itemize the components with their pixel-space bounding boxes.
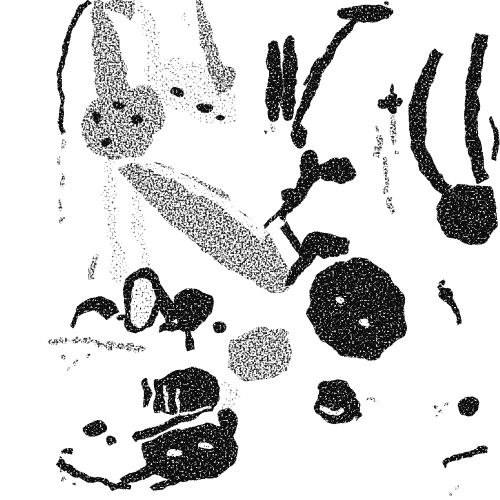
ridge-dash (58, 157, 62, 167)
stag-head-core (336, 164, 354, 180)
small-cluster (84, 422, 107, 438)
ink-speck (439, 410, 444, 414)
abstract-ink-print (0, 0, 500, 500)
ink-fleck (218, 66, 234, 86)
ink-speck (58, 470, 62, 474)
faint-dot (386, 318, 394, 323)
stem-curve (56, 458, 132, 490)
sprig-head (378, 91, 403, 116)
blob-knob (344, 257, 370, 275)
canopy-fleck (113, 100, 123, 108)
bead (81, 340, 93, 347)
stag-shape (280, 149, 357, 222)
canopy-fleck (215, 115, 225, 121)
ear-bottom (437, 183, 498, 244)
hook-mark (436, 283, 460, 324)
ink-dot (72, 360, 77, 364)
ridge-dash (58, 199, 62, 211)
ink-speck (445, 402, 449, 406)
ink-speck (72, 484, 77, 488)
top-wedge (335, 5, 393, 22)
bead (103, 341, 115, 347)
canopy-fleck (169, 87, 183, 97)
canopy-fleck (103, 138, 113, 146)
ear-right-arm (465, 30, 490, 182)
ink-dot (59, 354, 65, 359)
ink-speck (385, 1, 391, 5)
stem-prong (60, 449, 73, 456)
ink-dot (84, 356, 88, 360)
vertical-bar (267, 41, 282, 122)
ink-speck (436, 416, 440, 419)
bead (137, 347, 147, 353)
leaf-notch (198, 441, 212, 449)
sprig-stem (389, 114, 396, 146)
bead (93, 342, 103, 348)
detached-mark (213, 321, 227, 333)
ink-fleck (183, 11, 189, 21)
ridge-dash (60, 174, 65, 190)
bead (125, 345, 137, 352)
edge-sliver (491, 116, 498, 161)
ink-fleck (270, 124, 274, 130)
small-cluster-dot (105, 437, 117, 445)
leaf-finger (154, 378, 163, 412)
stag-tail (264, 209, 283, 229)
arrow-cluster (76, 297, 118, 318)
ridge-dash (62, 218, 65, 226)
hook-knot (438, 289, 454, 301)
eye-knob (317, 381, 333, 393)
ink-stroke (90, 254, 97, 280)
blob-hole (359, 318, 371, 326)
ink-fleck (377, 124, 381, 130)
sprig-stem (390, 196, 396, 216)
ink-dot (66, 366, 70, 370)
ink-dot (116, 315, 124, 321)
ink-dash (367, 398, 380, 403)
vertical-bar (282, 36, 297, 122)
bead (49, 338, 59, 344)
bead (58, 335, 70, 342)
ink-dot (457, 484, 461, 487)
blob-hole (335, 297, 345, 303)
faint-dot (451, 374, 457, 379)
canopy-fleck (92, 112, 100, 124)
leaf-notch (167, 448, 183, 456)
bead (71, 337, 81, 343)
faint-fleck (155, 76, 165, 84)
ear-left-arm (410, 50, 452, 196)
artwork-canvas (0, 0, 500, 500)
ink-fleck (265, 130, 268, 134)
faint-fleck (209, 108, 217, 113)
long-diagonal-stroke (290, 18, 358, 133)
leaf-finger (142, 380, 150, 407)
ink-fleck (189, 23, 193, 29)
stag-elbow (281, 187, 300, 202)
ink-dot (451, 491, 454, 494)
ink-fleck (395, 150, 399, 155)
sprig-stem (375, 134, 382, 159)
triangle-tail (185, 330, 195, 352)
speck-blob (459, 397, 479, 417)
gray-patch-lobe (233, 359, 253, 375)
ink-speck (433, 404, 439, 409)
bead (115, 343, 125, 349)
ridge-dash (59, 140, 64, 152)
sprig-arm (389, 84, 393, 92)
canopy-fleck (132, 115, 144, 125)
canopy-cluster (81, 87, 164, 158)
ink-speck (61, 478, 67, 482)
sprig-stem (383, 158, 391, 192)
swoosh (444, 448, 487, 469)
blob-tail (360, 350, 380, 360)
